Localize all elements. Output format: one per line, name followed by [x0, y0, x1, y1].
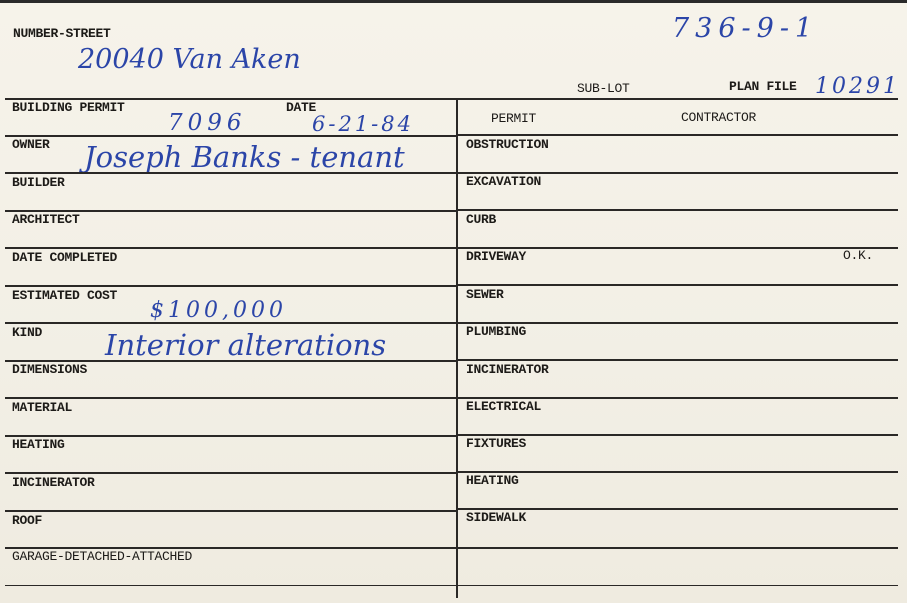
- plan-file-label: PLAN FILE: [729, 79, 797, 94]
- garage-label: GARAGE-DETACHED-ATTACHED: [12, 549, 192, 564]
- incinerator-label: INCINERATOR: [12, 475, 95, 490]
- row-rule: [5, 472, 457, 474]
- row-rule: [5, 285, 457, 287]
- material-label: MATERIAL: [12, 400, 72, 415]
- row-rule: [457, 359, 898, 361]
- row-rule: [457, 547, 898, 549]
- parcel-number: 736-9-1: [672, 13, 818, 44]
- row-rule: [5, 435, 457, 437]
- building-permit-card: NUMBER-STREET 20040 Van Aken 736-9-1 SUB…: [0, 0, 907, 603]
- permit-header: PERMIT: [491, 111, 536, 126]
- permit-obstruction: OBSTRUCTION: [466, 137, 549, 152]
- building-permit-label: BUILDING PERMIT: [12, 100, 125, 115]
- owner-value: Joseph Banks - tenant: [84, 140, 405, 174]
- row-rule: [5, 172, 457, 174]
- plan-file-value: 10291: [815, 74, 900, 99]
- heating-label: HEATING: [12, 437, 65, 452]
- permit-sidewalk: SIDEWALK: [466, 510, 526, 525]
- row-rule: [457, 471, 898, 473]
- permit-incinerator: INCINERATOR: [466, 362, 549, 377]
- permit-heating: HEATING: [466, 473, 519, 488]
- estimated-cost-label: ESTIMATED COST: [12, 288, 117, 303]
- building-permit-value: 7096: [168, 110, 247, 136]
- number-street-value: 20040 Van Aken: [78, 44, 301, 75]
- date-value: 6-21-84: [312, 112, 414, 136]
- row-rule: [457, 134, 898, 136]
- permit-sewer: SEWER: [466, 287, 504, 302]
- row-rule: [5, 397, 457, 399]
- roof-label: ROOF: [12, 513, 42, 528]
- row-rule: [457, 284, 898, 286]
- permit-curb: CURB: [466, 212, 496, 227]
- owner-label: OWNER: [12, 137, 50, 152]
- driveway-contractor-status: O.K.: [843, 248, 873, 263]
- permit-plumbing: PLUMBING: [466, 324, 526, 339]
- architect-label: ARCHITECT: [12, 212, 80, 227]
- row-rule: [457, 209, 898, 211]
- builder-label: BUILDER: [12, 175, 65, 190]
- permit-fixtures: FIXTURES: [466, 436, 526, 451]
- kind-label: KIND: [12, 325, 42, 340]
- dimensions-label: DIMENSIONS: [12, 362, 87, 377]
- permit-electrical: ELECTRICAL: [466, 399, 541, 414]
- sub-lot-label: SUB-LOT: [577, 81, 630, 96]
- row-rule: [5, 247, 457, 249]
- kind-value: Interior alterations: [105, 328, 386, 362]
- row-rule: [5, 322, 457, 324]
- estimated-cost-value: $100,000: [150, 298, 287, 323]
- bottom-rule: [5, 585, 898, 586]
- row-rule: [5, 135, 457, 137]
- top-rule: [5, 98, 898, 100]
- permit-excavation: EXCAVATION: [466, 174, 541, 189]
- contractor-header: CONTRACTOR: [681, 110, 756, 125]
- row-rule: [5, 510, 457, 512]
- card-top-edge: [0, 0, 907, 3]
- date-completed-label: DATE COMPLETED: [12, 250, 117, 265]
- permit-driveway: DRIVEWAY: [466, 249, 526, 264]
- number-street-label: NUMBER-STREET: [13, 26, 111, 41]
